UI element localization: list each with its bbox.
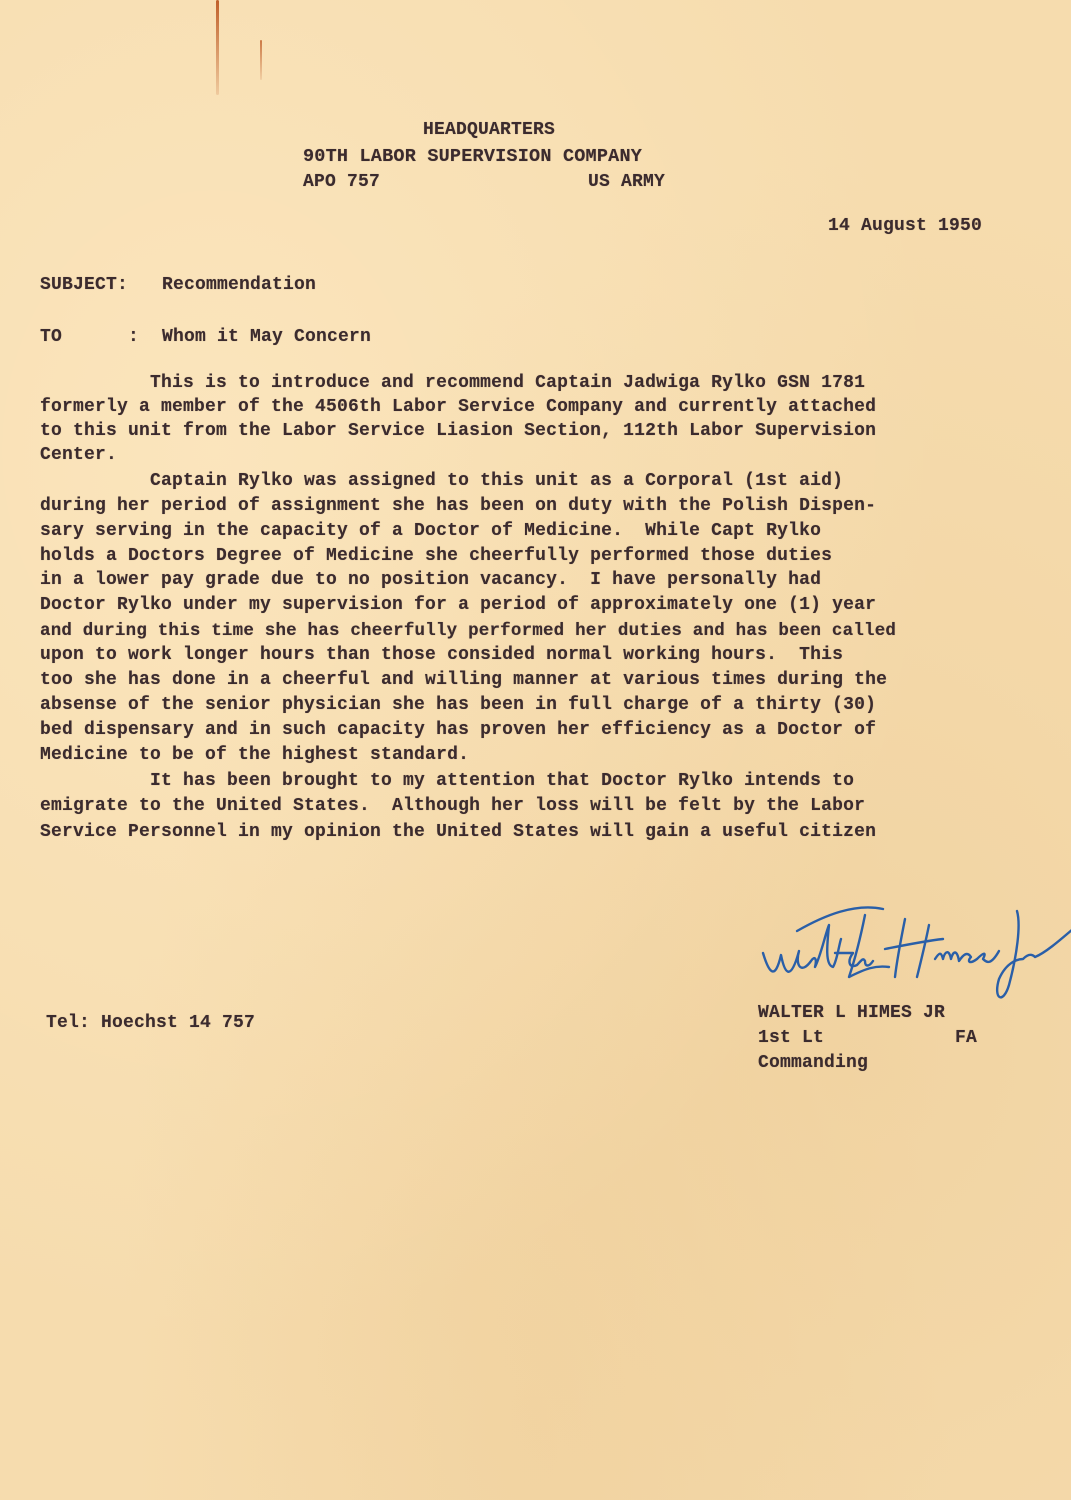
letterhead-army: US ARMY bbox=[588, 172, 665, 192]
telephone-line: Tel: Hoechst 14 757 bbox=[46, 1013, 255, 1033]
ink-stain-mark bbox=[216, 0, 219, 95]
letter-date: 14 August 1950 bbox=[828, 216, 982, 236]
handwritten-signature bbox=[755, 895, 1071, 1015]
body-line: Service Personnel in my opinion the Unit… bbox=[40, 822, 876, 842]
body-line: during her period of assignment she has … bbox=[40, 496, 876, 516]
body-line: and during this time she has cheerfully … bbox=[40, 621, 896, 641]
to-separator: : bbox=[128, 327, 139, 347]
body-line: Captain Rylko was assigned to this unit … bbox=[40, 471, 843, 491]
body-line: to this unit from the Labor Service Lias… bbox=[40, 421, 876, 441]
letterhead-apo: APO 757 bbox=[303, 172, 380, 192]
body-line: holds a Doctors Degree of Medicine she c… bbox=[40, 546, 832, 566]
letterhead-unit: 90TH LABOR SUPERVISION COMPANY bbox=[303, 146, 642, 167]
ink-stain-mark bbox=[260, 40, 262, 80]
body-line: bed dispensary and in such capacity has … bbox=[40, 720, 876, 740]
body-line: emigrate to the United States. Although … bbox=[40, 796, 865, 816]
to-value: Whom it May Concern bbox=[162, 327, 371, 347]
body-line: Center. bbox=[40, 445, 117, 465]
body-line: Doctor Rylko under my supervision for a … bbox=[40, 595, 876, 615]
body-line: in a lower pay grade due to no position … bbox=[40, 570, 821, 590]
letterhead-headquarters: HEADQUARTERS bbox=[423, 120, 555, 140]
subject-label: SUBJECT: bbox=[40, 275, 128, 295]
body-line: This is to introduce and recommend Capta… bbox=[40, 373, 865, 393]
subject-value: Recommendation bbox=[162, 275, 316, 295]
body-line: Medicine to be of the highest standard. bbox=[40, 745, 469, 765]
body-line: It has been brought to my attention that… bbox=[40, 771, 854, 791]
signer-rank: 1st Lt bbox=[758, 1028, 824, 1048]
signer-name: WALTER L HIMES JR bbox=[758, 1003, 945, 1023]
body-line: upon to work longer hours than those con… bbox=[40, 645, 843, 665]
signer-title: Commanding bbox=[758, 1053, 868, 1073]
body-line: too she has done in a cheerful and willi… bbox=[40, 670, 887, 690]
body-line: sary serving in the capacity of a Doctor… bbox=[40, 521, 821, 541]
to-label: TO bbox=[40, 327, 62, 347]
signer-branch: FA bbox=[955, 1028, 977, 1048]
body-line: absense of the senior physician she has … bbox=[40, 695, 876, 715]
letter-page: HEADQUARTERS 90TH LABOR SUPERVISION COMP… bbox=[0, 0, 1071, 1500]
body-line: formerly a member of the 4506th Labor Se… bbox=[40, 397, 876, 417]
